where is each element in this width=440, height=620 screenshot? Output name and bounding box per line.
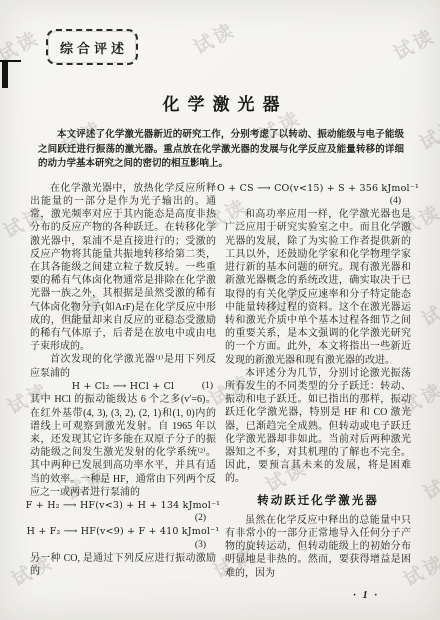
two-column-body: 在化学激光器中，放热化学反应所释出能量的一部分是作为光子输出的。通常，激光频率对… <box>30 182 412 602</box>
left-column: 在化学激光器中，放热化学反应所释出能量的一部分是作为光子输出的。通常，激光频率对… <box>30 182 216 602</box>
paragraph: 和高功率应用一样，化学激光器也是广泛应用于研究实验室之中。而且化学激光器的发展，… <box>225 208 411 366</box>
review-stamp: 综合评述 <box>46 29 138 65</box>
paragraph: 虽然在化学反应中释出的总能量中只有非常小的一部分正常地导入任何分子产物的旋转运动… <box>225 514 411 580</box>
equation-4: O + CS ⟶ CO(v<15) + S + 356 kJmol⁻¹ (4) <box>225 182 411 209</box>
equation-2: F + H₂ ⟶ HF(v<3) + H + 134 kJmol⁻¹ (2) <box>30 499 216 526</box>
equation-1: H + Cl₂ ⟶ HCl + Cl (1) <box>30 380 216 394</box>
equation-2-number: (2) <box>195 512 216 525</box>
equation-3-number: (3) <box>195 539 216 552</box>
page-number: · 1 · <box>225 589 411 602</box>
equation-3: H + F₂ ⟶ HF(v<9) + F + 410 kJmol⁻¹ (3) <box>30 525 216 552</box>
right-column: O + CS ⟶ CO(v<15) + S + 356 kJmol⁻¹ (4) … <box>225 182 411 602</box>
watermark: 试读 <box>188 15 240 60</box>
watermark: 试读 <box>416 287 440 332</box>
abstract-paragraph: 本文评述了化学激光器新近的研究工作，分别考虑了以转动、振动能级与电子能级之间跃迁… <box>38 128 404 172</box>
equation-3-formula: H + F₂ ⟶ HF(v<9) + F + 410 kJmol⁻¹ <box>27 525 220 539</box>
paragraph: 其中 HCl 的振动能级达 6 个之多(v′=6)。在红外基带(4, 3), (… <box>30 393 216 499</box>
paragraph: 本评述分为几节，分别讨论激光振荡所有发生的不同类型的分子跃迁：转动、振动和电子跃… <box>225 367 411 486</box>
watermark: 试读 <box>388 21 440 66</box>
paragraph: 在化学激光器中，放热化学反应所释出能量的一部分是作为光子输出的。通常，激光频率对… <box>30 182 216 354</box>
section-heading: 转动跃迁化学激光器 <box>225 495 411 508</box>
equation-4-formula: O + CS ⟶ CO(v<15) + S + 356 kJmol⁻¹ <box>217 182 419 196</box>
equation-4-number: (4) <box>390 195 411 208</box>
review-stamp-label: 综合评述 <box>56 38 128 57</box>
scan-artifact-bar <box>2 62 8 88</box>
equation-1-number: (1) <box>202 380 213 394</box>
paragraph: 首次发现的化学激光器⁽¹⁾是用下列反应泵浦的 <box>30 353 216 379</box>
equation-2-formula: F + H₂ ⟶ HF(v<3) + H + 134 kJmol⁻¹ <box>26 499 220 513</box>
page-title: 化学激光器 <box>30 90 412 115</box>
article-content: 化学激光器 本文评述了化学激光器新近的研究工作，分别考虑了以转动、振动能级与电子… <box>30 90 412 602</box>
equation-1-formula: H + Cl₂ ⟶ HCl + Cl <box>72 380 175 394</box>
paragraph: 另一种 CO, 是通过下列反应进行振动激励的 <box>30 552 216 578</box>
watermark: 试读 <box>414 111 440 156</box>
scanned-page: 试读 试读 试读 试读 试读 试读 试读 试读 试读 试读 试读 试读 试读 试… <box>0 0 440 620</box>
watermark: 试读 <box>418 461 440 506</box>
